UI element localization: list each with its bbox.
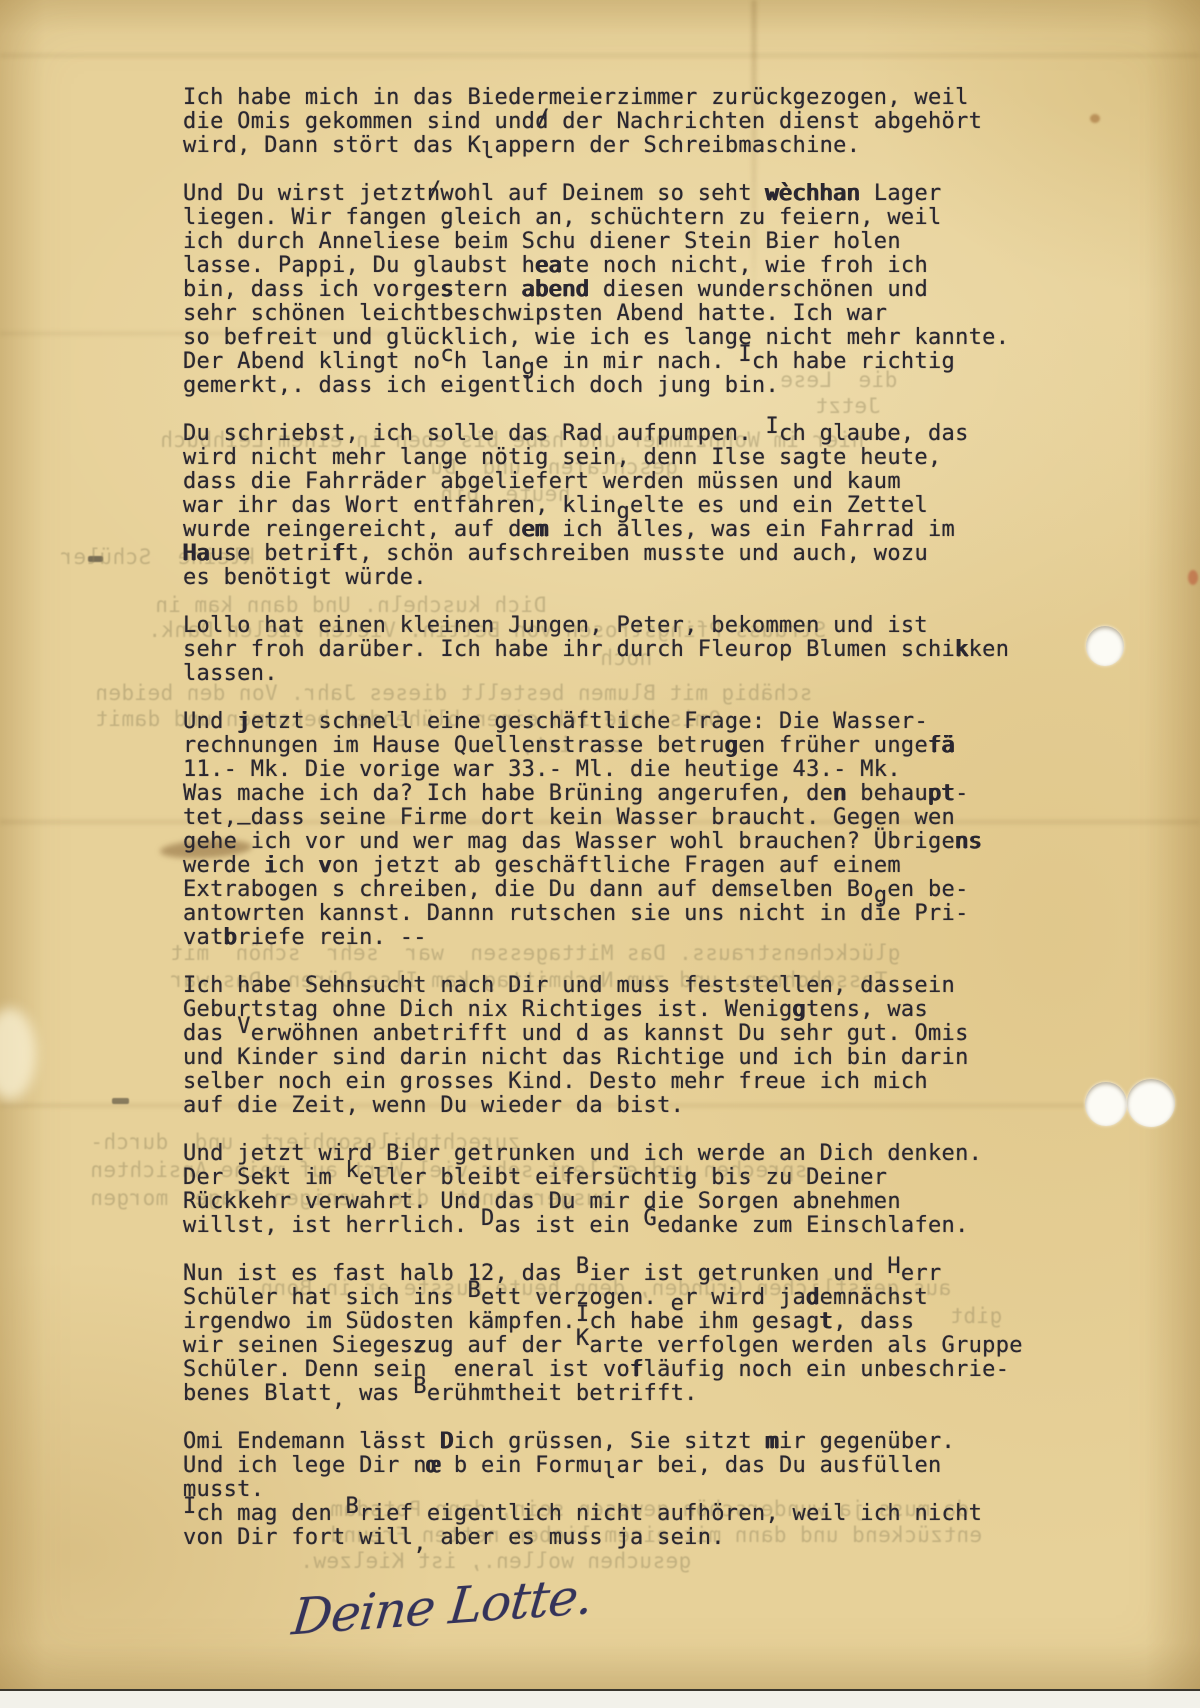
text-line: gehe ich vor und wer mag das Wasser wohl… — [183, 830, 1083, 854]
text-line: Schüler hat sich ins Bett verzogen. er w… — [183, 1286, 1083, 1310]
text-line: liegen. Wir fangen gleich an, schüchtern… — [183, 206, 1083, 230]
text-line: Du schriebst, ich solle das Rad aufpumpe… — [183, 422, 1083, 446]
letter-body: Ich habe mich in das Biedermeierzimmer z… — [183, 86, 1083, 1574]
text-line: Nun ist es fast halb 12, das Bier ist ge… — [183, 1262, 1083, 1286]
text-line: Ich habe Sehnsucht nach Dir und muss fes… — [183, 974, 1083, 998]
text-line: und Kinder sind darin nicht das Richtige… — [183, 1046, 1083, 1070]
text-line: war ihr das Wort entfahren, klingelte es… — [183, 494, 1083, 518]
punch-hole — [1085, 1082, 1127, 1126]
text-line: Und jetzt schnell eine geschäftliche Fra… — [183, 710, 1083, 734]
text-line: gemerkt,. dass ich eigentlich doch jung … — [183, 374, 1083, 398]
text-line: wird, Dann stört das Klappern der Schrei… — [183, 134, 1083, 158]
text-line: Ich mag den Brief eigentlich nicht aufhö… — [183, 1502, 1083, 1526]
text-line: antowrten kannst. Dannn rutschen sie uns… — [183, 902, 1083, 926]
text-line: selber noch ein grosses Kind. Desto mehr… — [183, 1070, 1083, 1094]
text-line: lassen. — [183, 662, 1083, 686]
paragraph: Du schriebst, ich solle das Rad aufpumpe… — [183, 422, 1083, 590]
text-line: irgendwo im Südosten kämpfen.Ich habe ih… — [183, 1310, 1083, 1334]
text-line: rechnungen im Hause Quellenstrasse betru… — [183, 734, 1083, 758]
text-line: willst, ist herrlich. Das ist ein Gedank… — [183, 1214, 1083, 1238]
text-line: Der Sekt im keller bleibt eifersüchtig b… — [183, 1166, 1083, 1190]
text-line: ich durch Anneliese beim Schu diener Ste… — [183, 230, 1083, 254]
text-line: tet,—dass seine Firme dort kein Wasser b… — [183, 806, 1083, 830]
text-line: benes Blatt, was Berühmtheit betrifft. — [183, 1382, 1083, 1406]
paragraph: Ich habe mich in das Biedermeierzimmer z… — [183, 86, 1083, 158]
punch-hole — [1086, 626, 1124, 666]
text-line: Und Du wirst jetztnwohl auf Deinem so se… — [183, 182, 1083, 206]
text-line: so befreit und glücklich, wie ich es lan… — [183, 326, 1083, 350]
text-line: wir seinen Siegeszug auf der Karte verfo… — [183, 1334, 1083, 1358]
text-line: Rückkehr verwahrt. Und das Du mir die So… — [183, 1190, 1083, 1214]
punch-hole — [1127, 1079, 1175, 1127]
paragraph: Lollo hat einen kleinen Jungen, Peter, b… — [183, 614, 1083, 686]
text-line: sehr schönen leichtbeschwipsten Abend ha… — [183, 302, 1083, 326]
text-line: Geburtstag ohne Dich nix Richtiges ist. … — [183, 998, 1083, 1022]
stain — [1188, 570, 1198, 585]
text-line: Hause betrift, schön aufschreiben musste… — [183, 542, 1083, 566]
text-line: Extrabogen s chreiben, die Du dann auf d… — [183, 878, 1083, 902]
stray-ink-mark — [88, 556, 103, 562]
paper-sheet: die LeseJetzthier im Wohnzimmer und habe… — [0, 0, 1200, 1691]
text-line: Lollo hat einen kleinen Jungen, Peter, b… — [183, 614, 1083, 638]
text-line: das Verwöhnen anbetrifft und d as kannst… — [183, 1022, 1083, 1046]
text-line: auf die Zeit, wenn Du wieder da bist. — [183, 1094, 1083, 1118]
paragraph: Und jetzt schnell eine geschäftliche Fra… — [183, 710, 1083, 950]
text-line: Der Abend klingt noch lange in mir nach.… — [183, 350, 1083, 374]
text-line: wurde reingereicht, auf dem ich alles, w… — [183, 518, 1083, 542]
text-line: werde ich von jetzt ab geschäftliche Fra… — [183, 854, 1083, 878]
signature-handwritten: Deine Lotte. — [289, 1567, 595, 1647]
paragraph: Omi Endemann lässt Dich grüssen, Sie sit… — [183, 1430, 1083, 1550]
text-line: die Omis gekommen sind undd der Nachrich… — [183, 110, 1083, 134]
text-line: Schüler. Denn sein eneral ist vofläufig … — [183, 1358, 1083, 1382]
text-line: dass die Fahrräder abgeliefert werden mü… — [183, 470, 1083, 494]
text-line: musst. — [183, 1478, 1083, 1502]
text-line: vatbriefe rein. -- — [183, 926, 1083, 950]
text-line: Und jetzt wird Bier getrunken und ich we… — [183, 1142, 1083, 1166]
text-line: bin, dass ich vorgestern abend diesen wu… — [183, 278, 1083, 302]
text-line: Omi Endemann lässt Dich grüssen, Sie sit… — [183, 1430, 1083, 1454]
text-line: Und ich lege Dir nœ b ein Formular bei, … — [183, 1454, 1083, 1478]
crease — [0, 54, 1200, 57]
stain — [0, 1008, 36, 1100]
stain — [1090, 114, 1100, 123]
text-line: Was mache ich da? Ich habe Brüning anger… — [183, 782, 1083, 806]
paragraph: Und jetzt wird Bier getrunken und ich we… — [183, 1142, 1083, 1238]
text-line: es benötigt würde. — [183, 566, 1083, 590]
text-line: Ich habe mich in das Biedermeierzimmer z… — [183, 86, 1083, 110]
paragraph: Ich habe Sehnsucht nach Dir und muss fes… — [183, 974, 1083, 1118]
paragraph: Nun ist es fast halb 12, das Bier ist ge… — [183, 1262, 1083, 1406]
stray-ink-mark — [112, 1098, 129, 1104]
paragraph: Und Du wirst jetztnwohl auf Deinem so se… — [183, 182, 1083, 398]
text-line: von Dir fort will, aber es muss ja sein. — [183, 1526, 1083, 1550]
text-line: 11.- Mk. Die vorige war 33.- Ml. die heu… — [183, 758, 1083, 782]
scanner-bed-strip — [0, 1693, 1200, 1708]
text-line: wird nicht mehr lange nötig sein, denn I… — [183, 446, 1083, 470]
text-line: lasse. Pappi, Du glaubst heate noch nich… — [183, 254, 1083, 278]
scanned-letter-page: die LeseJetzthier im Wohnzimmer und habe… — [0, 0, 1200, 1708]
text-line: sehr froh darüber. Ich habe ihr durch Fl… — [183, 638, 1083, 662]
